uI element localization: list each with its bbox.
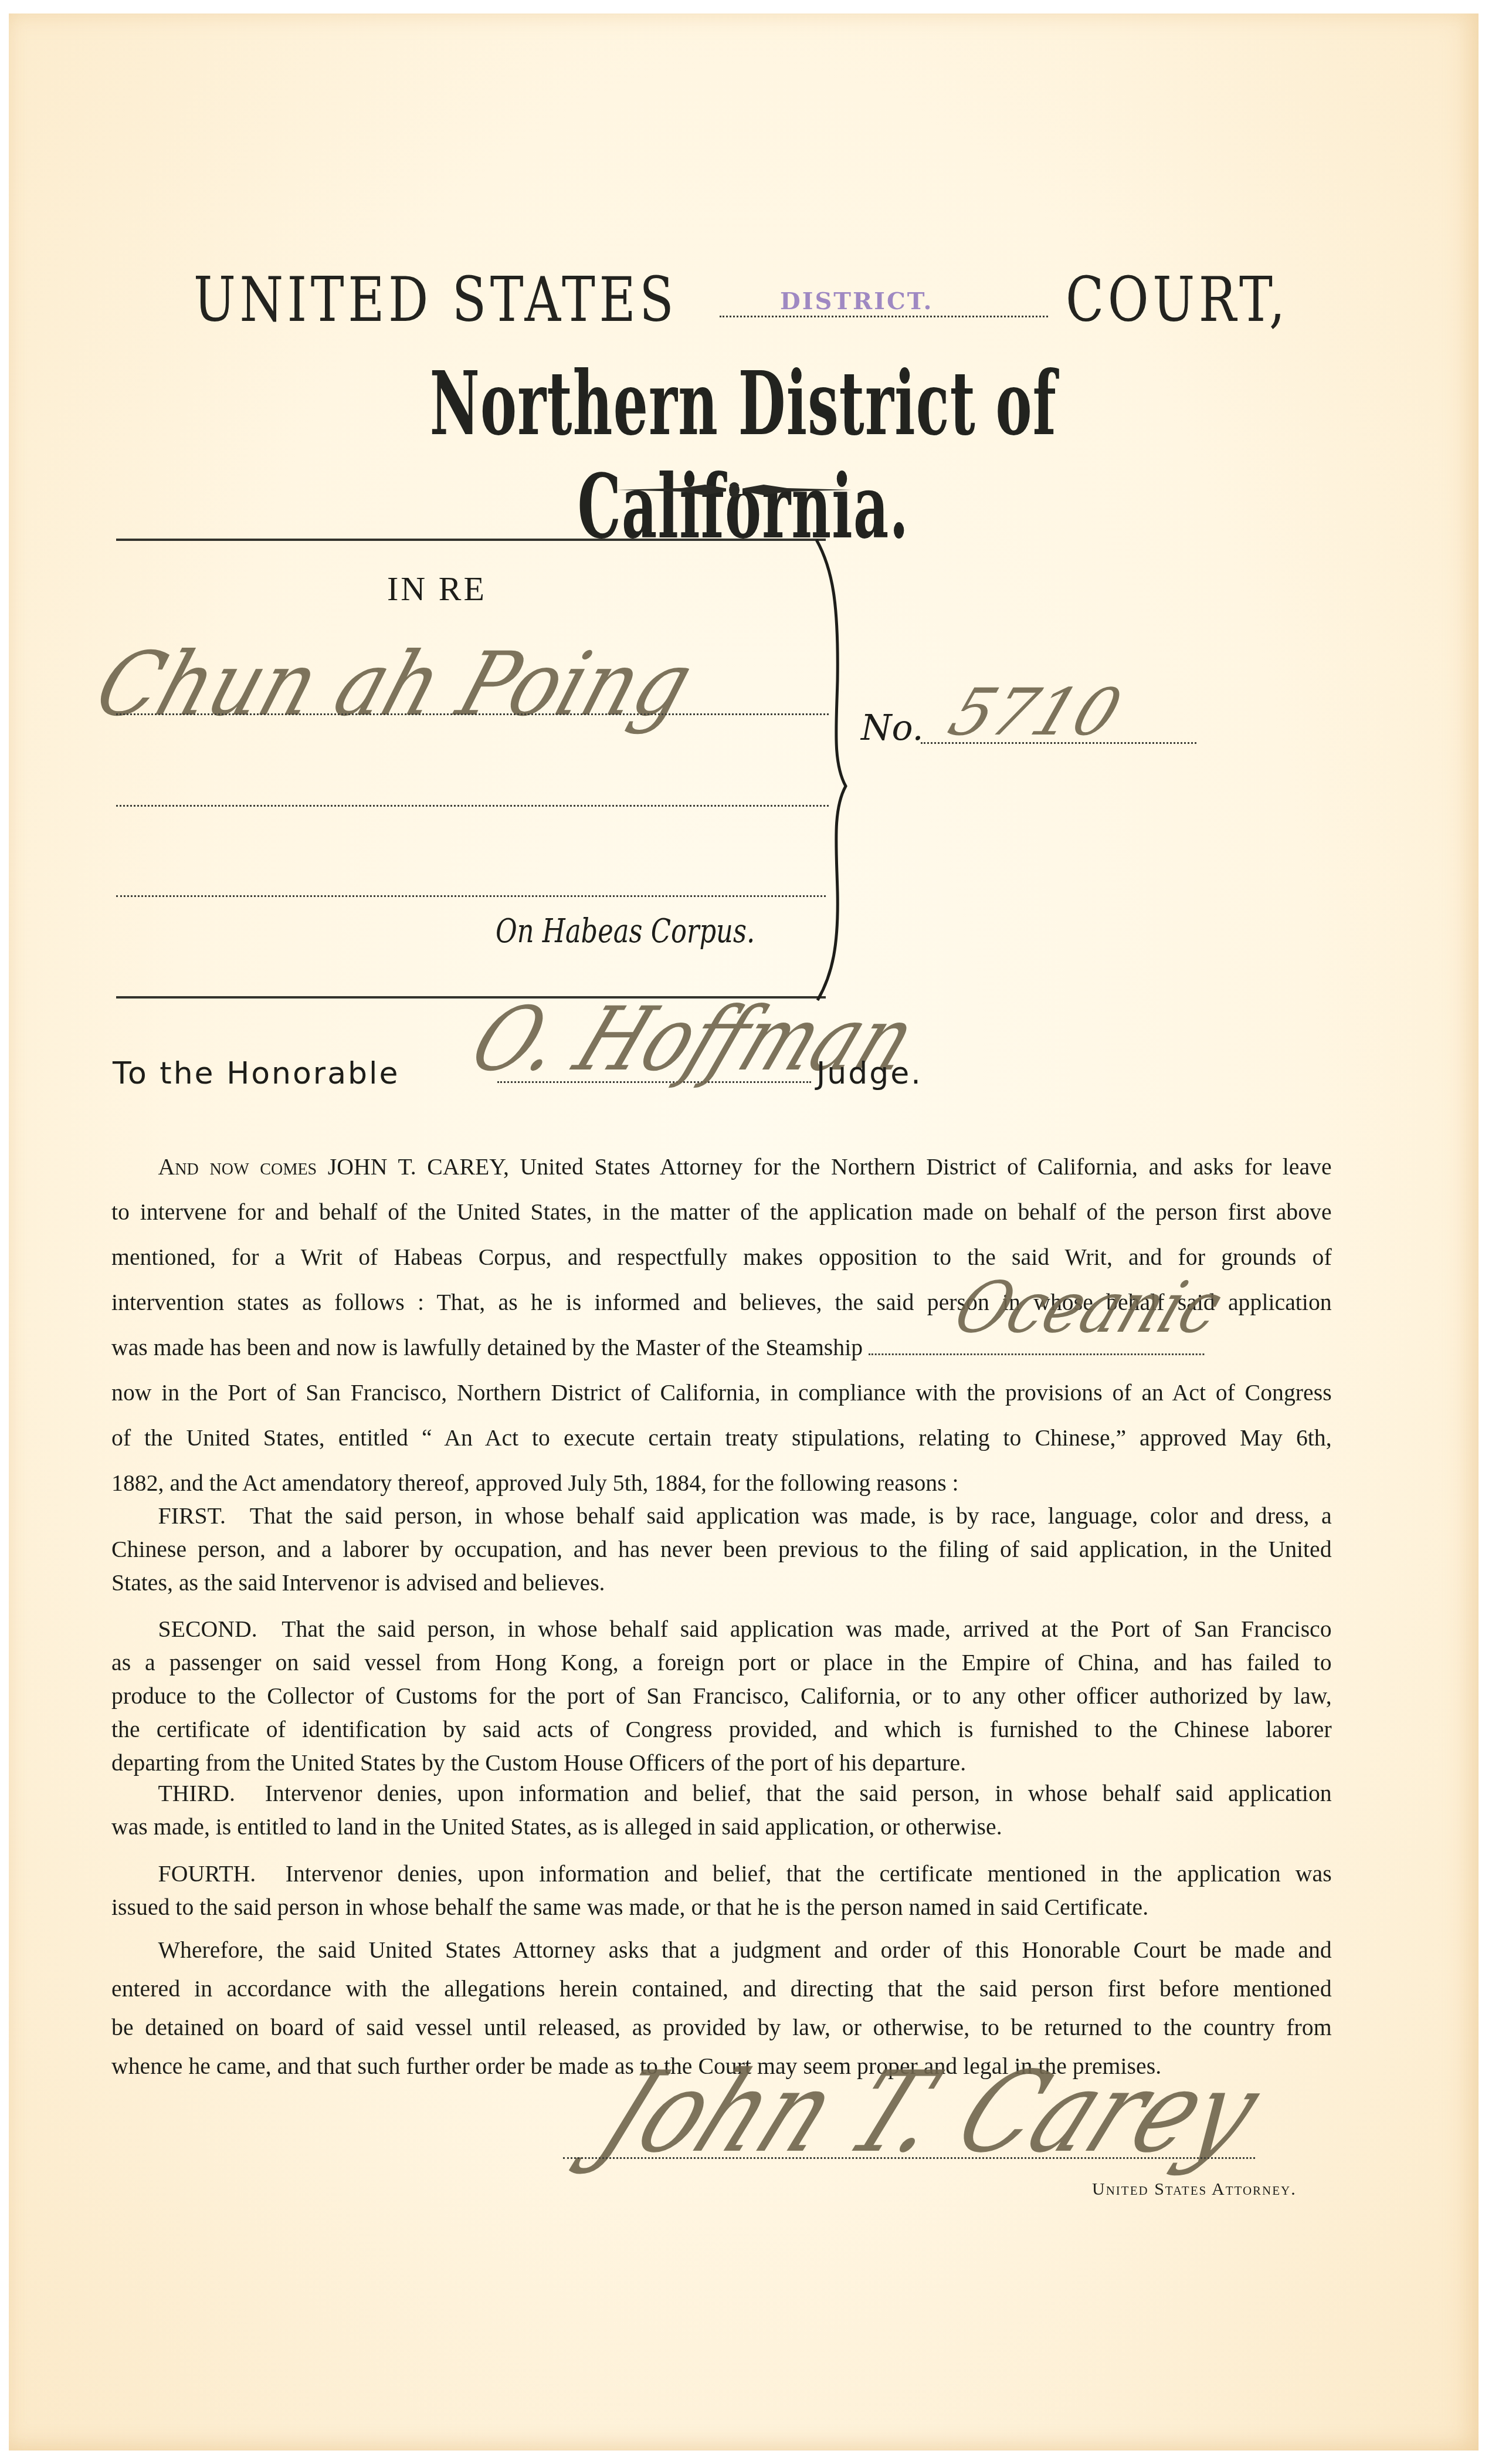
reason-fourth: FOURTH. Intervenor denies, upon informat… xyxy=(111,1857,1332,1924)
on-habeas-corpus-label: On Habeas Corpus. xyxy=(496,912,755,950)
in-re-label: IN RE xyxy=(387,569,487,608)
reason-label: SECOND. xyxy=(158,1615,257,1642)
court-type-blank xyxy=(720,316,1048,317)
case-number-label: No. xyxy=(861,708,924,749)
reason-third: THIRD. Intervenor denies, upon informati… xyxy=(111,1776,1332,1843)
reason-second: SECOND. That the said person, in whose b… xyxy=(111,1612,1332,1779)
case-number-handwritten: 5710 xyxy=(940,675,1131,750)
judge-label: Judge. xyxy=(816,1056,923,1091)
petitioner-line-3 xyxy=(116,895,826,897)
reason-first: FIRST. That the said person, in whose be… xyxy=(111,1499,1332,1599)
intro-line: to intervene for and behalf of the Unite… xyxy=(111,1189,1332,1234)
reason-label: THIRD. xyxy=(158,1779,235,1806)
intro-line: of the United States, entitled “ An Act … xyxy=(111,1415,1332,1460)
steamship-line xyxy=(869,1353,1204,1355)
intro-line: And now comes JOHN T. CAREY, United Stat… xyxy=(111,1144,1332,1189)
reason-label: FIRST. xyxy=(158,1502,226,1529)
district-stamp: DISTRICT. xyxy=(780,287,933,315)
intro-lead: And now comes xyxy=(158,1153,317,1180)
ornament-divider-icon xyxy=(617,480,852,500)
petitioner-line-2 xyxy=(116,805,829,807)
intro-line: now in the Port of San Francisco, Northe… xyxy=(111,1370,1332,1415)
signature-line xyxy=(563,2157,1255,2159)
attorney-title: United States Attorney. xyxy=(1092,2179,1297,2199)
court-heading: UNITED STATES DISTRICT. COURT, xyxy=(194,264,1308,352)
to-the-honorable: To the Honorable xyxy=(113,1056,400,1091)
caption-top-rule xyxy=(116,539,826,541)
reason-label: FOURTH. xyxy=(158,1860,256,1887)
steamship-name-handwritten: Oceanic xyxy=(944,1267,1233,1349)
brace-icon xyxy=(809,534,868,1003)
petitioner-name-handwritten: Chun ah Poing xyxy=(84,634,704,736)
petitioner-line-1 xyxy=(116,713,829,715)
heading-court: COURT, xyxy=(1066,264,1289,336)
heading-united-states: UNITED STATES xyxy=(194,264,677,336)
district-title: Northern District of California. xyxy=(281,352,1206,559)
